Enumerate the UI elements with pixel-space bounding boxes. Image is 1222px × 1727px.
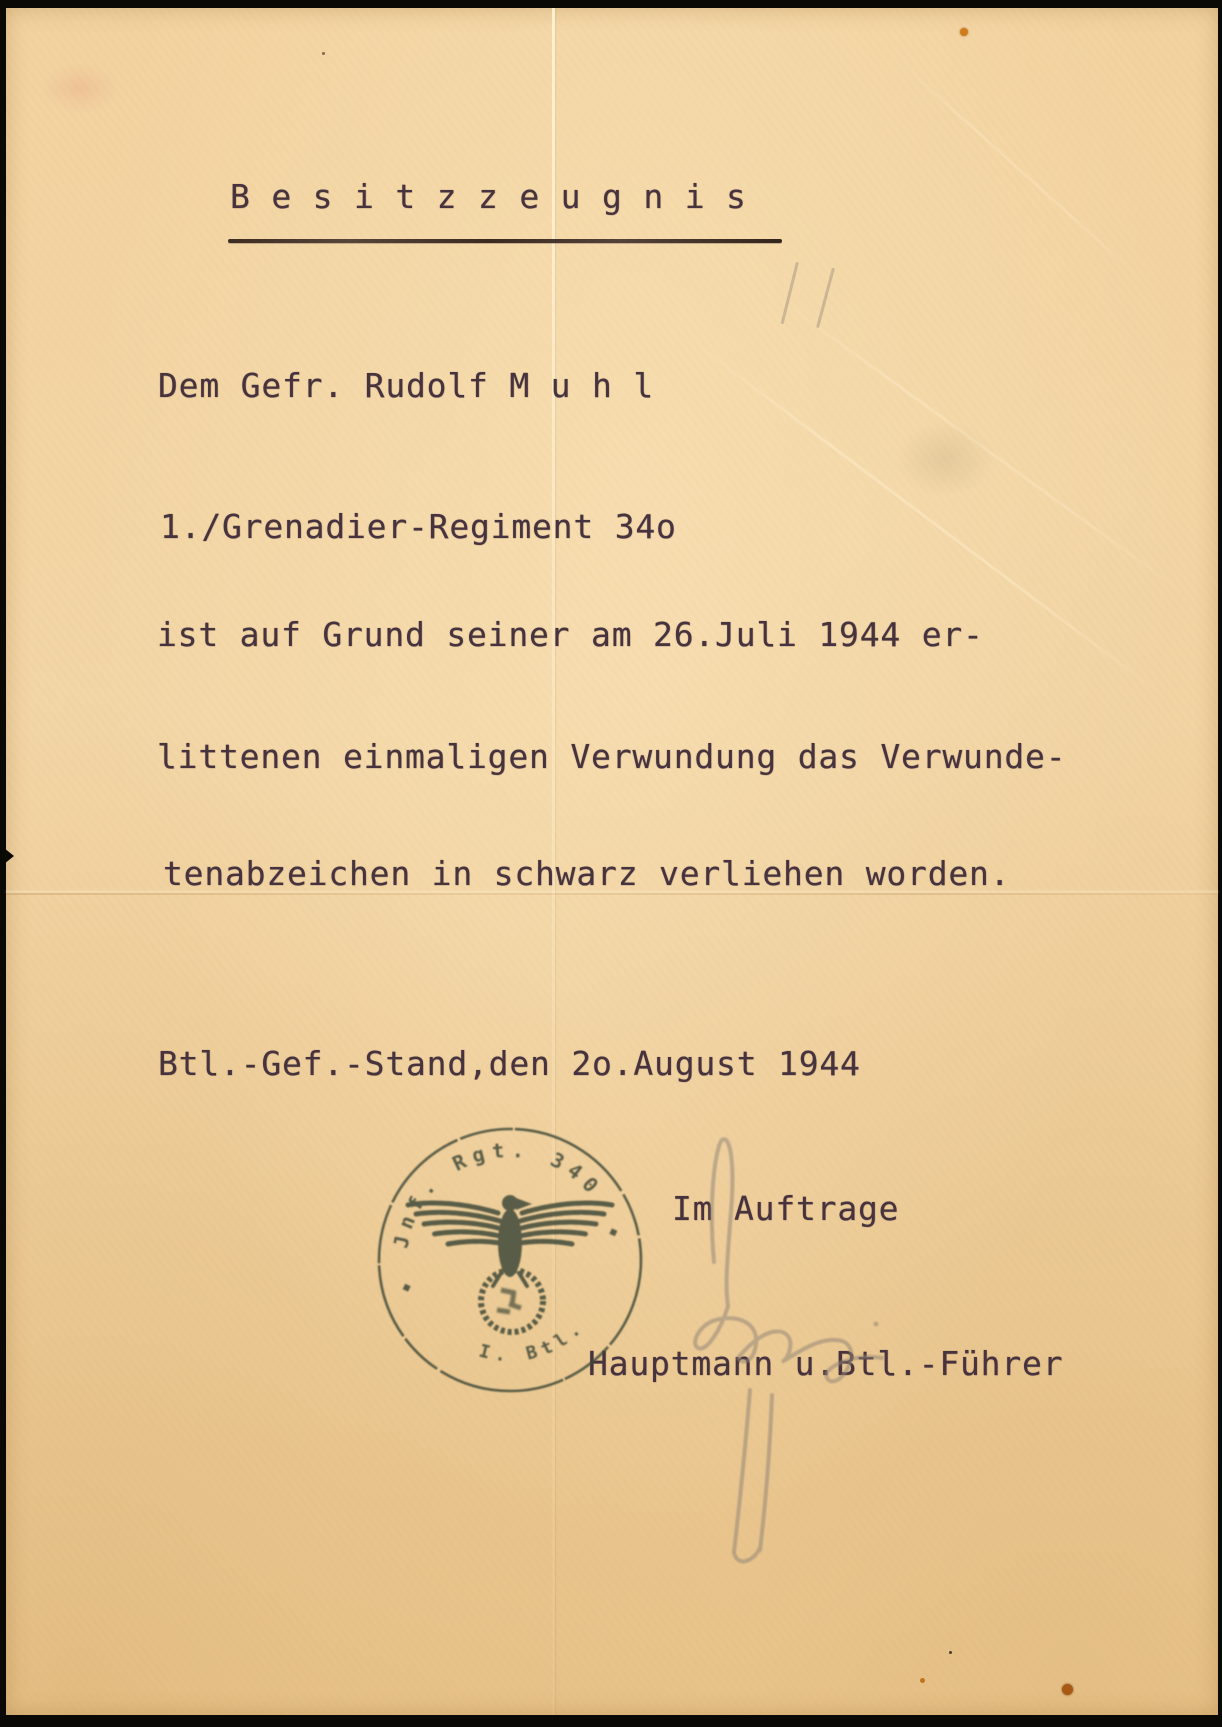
unit-line: 1./Grenadier-Regiment 34o [160, 510, 677, 543]
rust-spot [1062, 1684, 1073, 1695]
scanned-document: B e s i t z z e u g n i s Dem Gefr. Rudo… [0, 0, 1222, 1727]
orange-fleck [960, 28, 968, 36]
title-underline [228, 239, 782, 243]
document-title: B e s i t z z e u g n i s [230, 180, 747, 213]
place-date-line: Btl.-Gef.-Stand,den 2o.August 1944 [158, 1047, 861, 1080]
eagle-icon [408, 1195, 612, 1332]
body-line: tenabzeichen in schwarz verliehen worden… [163, 857, 1010, 890]
dark-speck [949, 1651, 952, 1654]
pink-stain [40, 62, 120, 114]
orange-fleck [920, 1678, 925, 1683]
stamp-separator-mark [403, 1284, 411, 1292]
body-line: ist auf Grund seiner am 26.Juli 1944 er- [157, 618, 984, 651]
signature [600, 1100, 1040, 1580]
gray-smudge [895, 420, 995, 498]
stamp-emblem [497, 1290, 521, 1312]
horizontal-fold-crease [6, 893, 1218, 895]
recipient-line: Dem Gefr. Rudolf M u h l [158, 369, 654, 402]
body-line: littenen einmaligen Verwundung das Verwu… [157, 740, 1066, 773]
dark-speck [322, 52, 325, 55]
